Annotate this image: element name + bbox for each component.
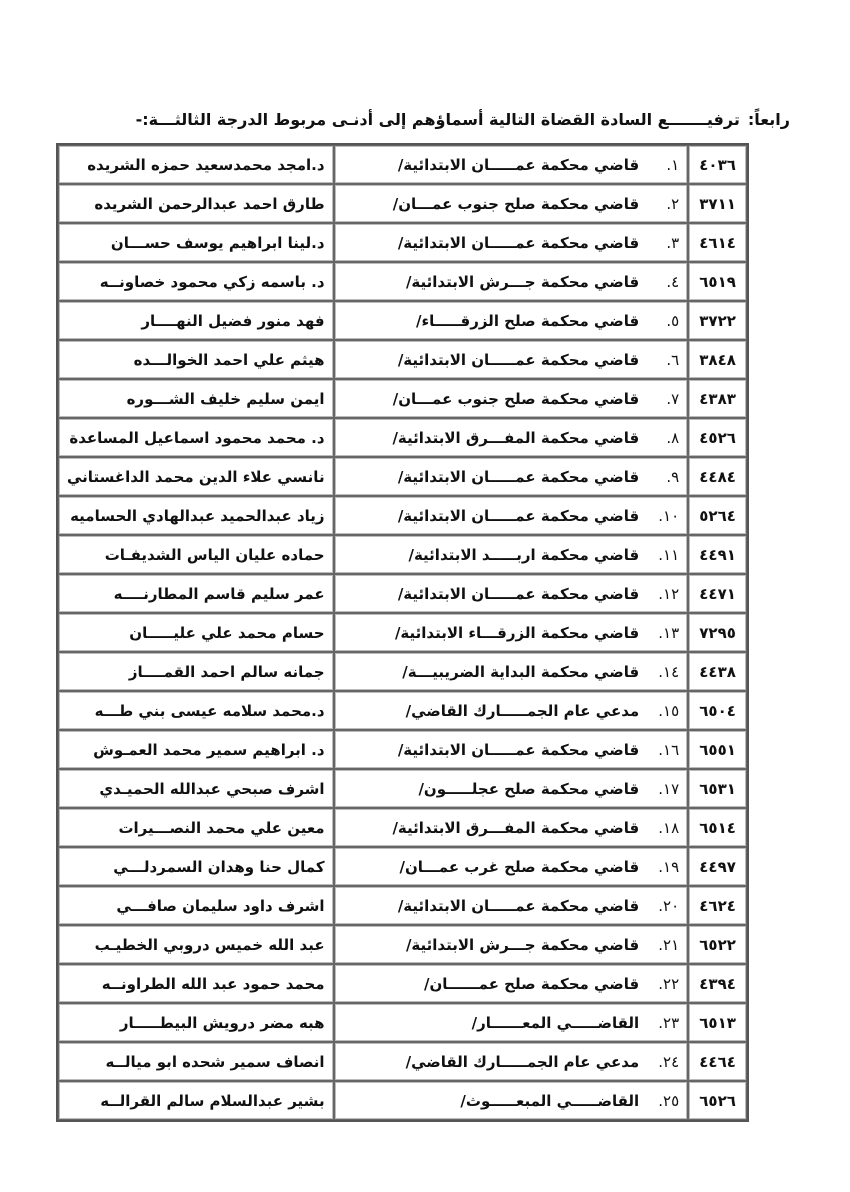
judge-number: ٦٥٢٦	[688, 1081, 747, 1120]
judge-name: نانسي علاء الدين محمد الداغستاني	[58, 457, 334, 496]
judge-number: ٥٢٦٤	[688, 496, 747, 535]
court-name: قاضي محكمة البداية الضريبيـــة/	[402, 663, 639, 681]
row-index: ٢٠.	[651, 897, 679, 915]
court-name: قاضي محكمة عمـــــان الابتدائية/	[398, 468, 639, 486]
court-cell: ١٩.قاضي محكمة صلح غرب عمـــان/	[334, 847, 689, 886]
table-row: ٤٤٦٤٢٤.مدعي عام الجمـــــارك القاضي/انصا…	[58, 1042, 747, 1081]
row-index: ٥.	[651, 312, 679, 330]
judge-name: حماده عليان الياس الشديفـات	[58, 535, 334, 574]
court-name: قاضي محكمة عمـــــان الابتدائية/	[398, 234, 639, 252]
row-index: ١١.	[651, 546, 679, 564]
row-index: ٤.	[651, 273, 679, 291]
judge-number: ٤٦٢٤	[688, 886, 747, 925]
row-index: ٨.	[651, 429, 679, 447]
court-cell: ١.قاضي محكمة عمـــــان الابتدائية/	[334, 145, 689, 184]
table-row: ٤٤٩٧١٩.قاضي محكمة صلح غرب عمـــان/كمال ح…	[58, 847, 747, 886]
table-row: ٧٢٩٥١٣.قاضي محكمة الزرقـــاء الابتدائية/…	[58, 613, 747, 652]
table-row: ٣٧٢٢٥.قاضي محكمة صلح الزرقـــــاء/فهد من…	[58, 301, 747, 340]
court-name: قاضي محكمة صلح جنوب عمـــان/	[393, 195, 639, 213]
court-name: مدعي عام الجمـــــارك القاضي/	[406, 1053, 640, 1071]
row-index: ١٥.	[651, 702, 679, 720]
judge-name: زياد عبدالحميد عبدالهادي الحساميه	[58, 496, 334, 535]
judge-number: ٣٨٤٨	[688, 340, 747, 379]
judge-name: فهد منور فضيل النهــــار	[58, 301, 334, 340]
table-row: ٥٢٦٤١٠.قاضي محكمة عمـــــان الابتدائية/ز…	[58, 496, 747, 535]
row-index: ٧.	[651, 390, 679, 408]
judge-number: ٤٠٣٦	[688, 145, 747, 184]
court-cell: ١٣.قاضي محكمة الزرقـــاء الابتدائية/	[334, 613, 689, 652]
table-row: ٦٥١٤١٨.قاضي محكمة المفـــرق الابتدائية/م…	[58, 808, 747, 847]
row-index: ٢٣.	[651, 1014, 679, 1032]
row-index: ١٨.	[651, 819, 679, 837]
judge-name: د.لينا ابراهيم يوسف حســـان	[58, 223, 334, 262]
court-cell: ٢٣.القاضـــــي المعــــــار/	[334, 1003, 689, 1042]
table-row: ٣٧١١٢.قاضي محكمة صلح جنوب عمـــان/طارق ا…	[58, 184, 747, 223]
table-row: ٤٤٣٨١٤.قاضي محكمة البداية الضريبيـــة/جم…	[58, 652, 747, 691]
court-cell: ١٢.قاضي محكمة عمـــــان الابتدائية/	[334, 574, 689, 613]
court-name: قاضي محكمة صلح عمــــــان/	[424, 975, 639, 993]
row-index: ١٤.	[651, 663, 679, 681]
table-row: ٦٥٣١١٧.قاضي محكمة صلح عجلـــــون/اشرف صب…	[58, 769, 747, 808]
table-row: ٦٥٢٦٢٥.القاضـــــي المبعـــــوث/بشير عبد…	[58, 1081, 747, 1120]
judge-number: ٤٦١٤	[688, 223, 747, 262]
judge-number: ٤٤٦٤	[688, 1042, 747, 1081]
court-name: قاضي محكمة عمـــــان الابتدائية/	[398, 156, 639, 174]
judge-number: ٤٤٨٤	[688, 457, 747, 496]
table-row: ٤٦١٤٣.قاضي محكمة عمـــــان الابتدائية/د.…	[58, 223, 747, 262]
court-cell: ١٨.قاضي محكمة المفـــرق الابتدائية/	[334, 808, 689, 847]
row-index: ٢.	[651, 195, 679, 213]
heading-text: ترفيـــــــع السادة القضاة التالية أسماؤ…	[136, 110, 740, 129]
court-name: قاضي محكمة صلح الزرقـــــاء/	[416, 312, 639, 330]
court-name: قاضي محكمة اربـــــد الابتدائية/	[408, 546, 639, 564]
judge-name: معين علي محمد النصـــيرات	[58, 808, 334, 847]
row-index: ١٠.	[651, 507, 679, 525]
court-name: قاضي محكمة المفـــرق الابتدائية/	[392, 819, 639, 837]
row-index: ١٧.	[651, 780, 679, 798]
row-index: ١٦.	[651, 741, 679, 759]
row-index: ٦.	[651, 351, 679, 369]
court-cell: ٢٥.القاضـــــي المبعـــــوث/	[334, 1081, 689, 1120]
row-index: ٩.	[651, 468, 679, 486]
judge-number: ٤٤٧١	[688, 574, 747, 613]
judge-number: ٤٣٨٣	[688, 379, 747, 418]
court-cell: ٢٢.قاضي محكمة صلح عمــــــان/	[334, 964, 689, 1003]
judge-number: ٤٤٩١	[688, 535, 747, 574]
judge-name: طارق احمد عبدالرحمن الشريده	[58, 184, 334, 223]
judges-table: ٤٠٣٦١.قاضي محكمة عمـــــان الابتدائية/د.…	[56, 143, 749, 1122]
court-cell: ٥.قاضي محكمة صلح الزرقـــــاء/	[334, 301, 689, 340]
table-row: ٤٥٢٦٨.قاضي محكمة المفـــرق الابتدائية/د.…	[58, 418, 747, 457]
table-row: ٤٣٩٤٢٢.قاضي محكمة صلح عمــــــان/محمد حم…	[58, 964, 747, 1003]
row-index: ١٩.	[651, 858, 679, 876]
table-row: ٤٤٧١١٢.قاضي محكمة عمـــــان الابتدائية/ع…	[58, 574, 747, 613]
court-name: قاضي محكمة عمـــــان الابتدائية/	[398, 741, 639, 759]
table-row: ٤٤٨٤٩.قاضي محكمة عمـــــان الابتدائية/نا…	[58, 457, 747, 496]
court-cell: ١٠.قاضي محكمة عمـــــان الابتدائية/	[334, 496, 689, 535]
court-cell: ٩.قاضي محكمة عمـــــان الابتدائية/	[334, 457, 689, 496]
table-row: ٦٥١٣٢٣.القاضـــــي المعــــــار/هبه مضر …	[58, 1003, 747, 1042]
section-heading: رابعاً:ترفيـــــــع السادة القضاة التالي…	[80, 110, 790, 129]
court-name: قاضي محكمة المفـــرق الابتدائية/	[392, 429, 639, 447]
table-row: ٦٥٢٢٢١.قاضي محكمة جـــرش الابتدائية/عبد …	[58, 925, 747, 964]
court-cell: ٦.قاضي محكمة عمـــــان الابتدائية/	[334, 340, 689, 379]
court-cell: ٧.قاضي محكمة صلح جنوب عمـــان/	[334, 379, 689, 418]
judge-name: اشرف صبحي عبدالله الحميـدي	[58, 769, 334, 808]
court-name: قاضي محكمة صلح غرب عمـــان/	[399, 858, 639, 876]
court-cell: ٢٤.مدعي عام الجمـــــارك القاضي/	[334, 1042, 689, 1081]
judge-name: حسام محمد علي عليـــــان	[58, 613, 334, 652]
judge-number: ٦٥١٩	[688, 262, 747, 301]
court-cell: ٢.قاضي محكمة صلح جنوب عمـــان/	[334, 184, 689, 223]
court-name: قاضي محكمة صلح عجلـــــون/	[418, 780, 639, 798]
court-name: قاضي محكمة جـــرش الابتدائية/	[406, 273, 639, 291]
table-row: ٤٣٨٣٧.قاضي محكمة صلح جنوب عمـــان/ايمن س…	[58, 379, 747, 418]
heading-label: رابعاً:	[748, 110, 790, 129]
judge-name: د. باسمه زكي محمود خصاونــه	[58, 262, 334, 301]
row-index: ٣.	[651, 234, 679, 252]
court-name: قاضي محكمة عمـــــان الابتدائية/	[398, 897, 639, 915]
judge-number: ٦٥٣١	[688, 769, 747, 808]
court-cell: ١٦.قاضي محكمة عمـــــان الابتدائية/	[334, 730, 689, 769]
judge-name: كمال حنا وهدان السمردلـــي	[58, 847, 334, 886]
judge-name: هيثم علي احمد الخوالـــده	[58, 340, 334, 379]
court-cell: ١١.قاضي محكمة اربـــــد الابتدائية/	[334, 535, 689, 574]
court-cell: ٨.قاضي محكمة المفـــرق الابتدائية/	[334, 418, 689, 457]
court-name: قاضي محكمة صلح جنوب عمـــان/	[393, 390, 639, 408]
judge-name: محمد حمود عبد الله الطراونــه	[58, 964, 334, 1003]
court-name: القاضـــــي المبعـــــوث/	[460, 1092, 639, 1110]
court-cell: ٢١.قاضي محكمة جـــرش الابتدائية/	[334, 925, 689, 964]
judge-name: انصاف سمير شحده ابو ميالــه	[58, 1042, 334, 1081]
court-name: قاضي محكمة عمـــــان الابتدائية/	[398, 585, 639, 603]
judge-name: هبه مضر درويش البيطـــــار	[58, 1003, 334, 1042]
judge-number: ٤٥٢٦	[688, 418, 747, 457]
court-cell: ٤.قاضي محكمة جـــرش الابتدائية/	[334, 262, 689, 301]
row-index: ٢٥.	[651, 1092, 679, 1110]
judge-name: د.محمد سلامه عيسى بني طـــه	[58, 691, 334, 730]
judge-name: ايمن سليم خليف الشـــوره	[58, 379, 334, 418]
row-index: ١٣.	[651, 624, 679, 642]
judge-number: ٦٥٢٢	[688, 925, 747, 964]
row-index: ٢٤.	[651, 1053, 679, 1071]
judge-number: ٦٥٠٤	[688, 691, 747, 730]
court-name: قاضي محكمة عمـــــان الابتدائية/	[398, 351, 639, 369]
judge-number: ٣٧٢٢	[688, 301, 747, 340]
judge-name: عمر سليم قاسم المطارنــــه	[58, 574, 334, 613]
court-name: مدعي عام الجمـــــارك القاضي/	[406, 702, 640, 720]
table-row: ٦٥٥١١٦.قاضي محكمة عمـــــان الابتدائية/د…	[58, 730, 747, 769]
judge-number: ٦٥١٣	[688, 1003, 747, 1042]
court-cell: ٣.قاضي محكمة عمـــــان الابتدائية/	[334, 223, 689, 262]
court-cell: ١٧.قاضي محكمة صلح عجلـــــون/	[334, 769, 689, 808]
court-name: قاضي محكمة الزرقـــاء الابتدائية/	[395, 624, 639, 642]
court-cell: ١٤.قاضي محكمة البداية الضريبيـــة/	[334, 652, 689, 691]
judge-number: ٦٥١٤	[688, 808, 747, 847]
judge-name: د.امجد محمدسعيد حمزه الشريده	[58, 145, 334, 184]
judge-name: جمانه سالم احمد القمــــاز	[58, 652, 334, 691]
judge-number: ٤٤٩٧	[688, 847, 747, 886]
judge-number: ٦٥٥١	[688, 730, 747, 769]
table-row: ٤٠٣٦١.قاضي محكمة عمـــــان الابتدائية/د.…	[58, 145, 747, 184]
judge-number: ٣٧١١	[688, 184, 747, 223]
judge-name: د. ابراهيم سمير محمد العمـوش	[58, 730, 334, 769]
court-cell: ٢٠.قاضي محكمة عمـــــان الابتدائية/	[334, 886, 689, 925]
table-row: ٦٥٠٤١٥.مدعي عام الجمـــــارك القاضي/د.مح…	[58, 691, 747, 730]
judge-number: ٤٣٩٤	[688, 964, 747, 1003]
judge-name: عبد الله خميس دروبي الخطيـب	[58, 925, 334, 964]
row-index: ١.	[651, 156, 679, 174]
court-cell: ١٥.مدعي عام الجمـــــارك القاضي/	[334, 691, 689, 730]
judge-number: ٤٤٣٨	[688, 652, 747, 691]
row-index: ٢١.	[651, 936, 679, 954]
court-name: قاضي محكمة جـــرش الابتدائية/	[406, 936, 639, 954]
court-name: القاضـــــي المعــــــار/	[472, 1014, 640, 1032]
judge-name: د. محمد محمود اسماعيل المساعدة	[58, 418, 334, 457]
table-row: ٤٤٩١١١.قاضي محكمة اربـــــد الابتدائية/ح…	[58, 535, 747, 574]
court-name: قاضي محكمة عمـــــان الابتدائية/	[398, 507, 639, 525]
table-row: ٣٨٤٨٦.قاضي محكمة عمـــــان الابتدائية/هي…	[58, 340, 747, 379]
row-index: ١٢.	[651, 585, 679, 603]
judge-name: بشير عبدالسلام سالم القرالــه	[58, 1081, 334, 1120]
row-index: ٢٢.	[651, 975, 679, 993]
table-row: ٦٥١٩٤.قاضي محكمة جـــرش الابتدائية/د. با…	[58, 262, 747, 301]
judge-number: ٧٢٩٥	[688, 613, 747, 652]
judge-name: اشرف داود سليمان صافـــي	[58, 886, 334, 925]
table-row: ٤٦٢٤٢٠.قاضي محكمة عمـــــان الابتدائية/ا…	[58, 886, 747, 925]
